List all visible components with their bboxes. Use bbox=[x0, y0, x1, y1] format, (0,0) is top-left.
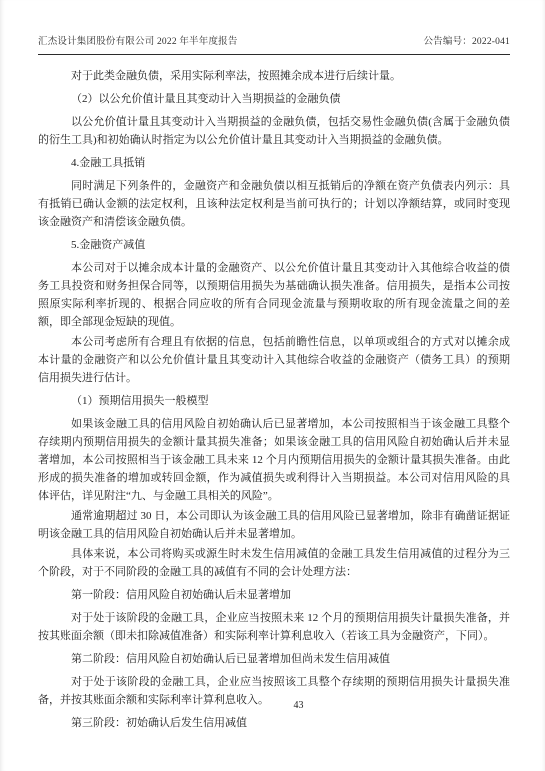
body-paragraph: 同时满足下列条件的，金融资产和金融负债以相互抵销后的净额在资产负债表内列示：具有… bbox=[38, 177, 510, 231]
section-heading: 5.金融资产减值 bbox=[38, 236, 510, 254]
body-paragraph: 通常逾期超过 30 日，本公司即认为该金融工具的信用风险已显著增加，除非有确凿证… bbox=[38, 507, 510, 543]
page-footer: 43 bbox=[0, 700, 545, 711]
header-report-title: 汇杰设计集团股份有限公司 2022 年半年度报告 bbox=[38, 33, 238, 47]
section-heading: （1）预期信用损失一般模型 bbox=[38, 392, 510, 410]
body-paragraph: 具体来说，本公司将购买或源生时未发生信用减值的金融工具发生信用减值的过程分为三个… bbox=[38, 545, 510, 581]
section-heading: 4.金融工具抵销 bbox=[38, 154, 510, 172]
document-body: 对于此类金融负债，采用实际利率法，按照摊余成本进行后续计量。（2）以公允价值计量… bbox=[38, 55, 510, 732]
section-heading: （2）以公允价值计量且其变动计入当期损益的金融负债 bbox=[38, 90, 510, 108]
body-paragraph: 对于此类金融负债，采用实际利率法，按照摊余成本进行后续计量。 bbox=[38, 67, 510, 85]
document-page: 汇杰设计集团股份有限公司 2022 年半年度报告 公告编号：2022-041 对… bbox=[0, 0, 545, 771]
body-paragraph: 本公司对于以摊余成本计量的金融资产、以公允价值计量且其变动计入其他综合收益的债务… bbox=[38, 259, 510, 331]
page-header: 汇杰设计集团股份有限公司 2022 年半年度报告 公告编号：2022-041 bbox=[38, 33, 510, 55]
page-number: 43 bbox=[294, 700, 304, 711]
body-paragraph: 对于处于该阶段的金融工具，企业应当按照未来 12 个月的预期信用损失计量损失准备… bbox=[38, 609, 510, 645]
body-paragraph: 本公司考虑所有合理且有依据的信息，包括前瞻性信息，以单项或组合的方式对以摊余成本… bbox=[38, 333, 510, 387]
body-paragraph: 如果该金融工具的信用风险自初始确认后已显著增加，本公司按照相当于该金融工具整个存… bbox=[38, 415, 510, 505]
section-heading: 第二阶段：信用风险自初始确认后已显著增加但尚未发生信用减值 bbox=[38, 650, 510, 668]
section-heading: 第一阶段：信用风险自初始确认后未显著增加 bbox=[38, 586, 510, 604]
section-heading: 第三阶段：初始确认后发生信用减值 bbox=[38, 714, 510, 732]
body-paragraph: 以公允价值计量且其变动计入当期损益的金融负债，包括交易性金融负债(含属于金融负债… bbox=[38, 113, 510, 149]
header-announcement-number: 公告编号：2022-041 bbox=[423, 33, 510, 47]
